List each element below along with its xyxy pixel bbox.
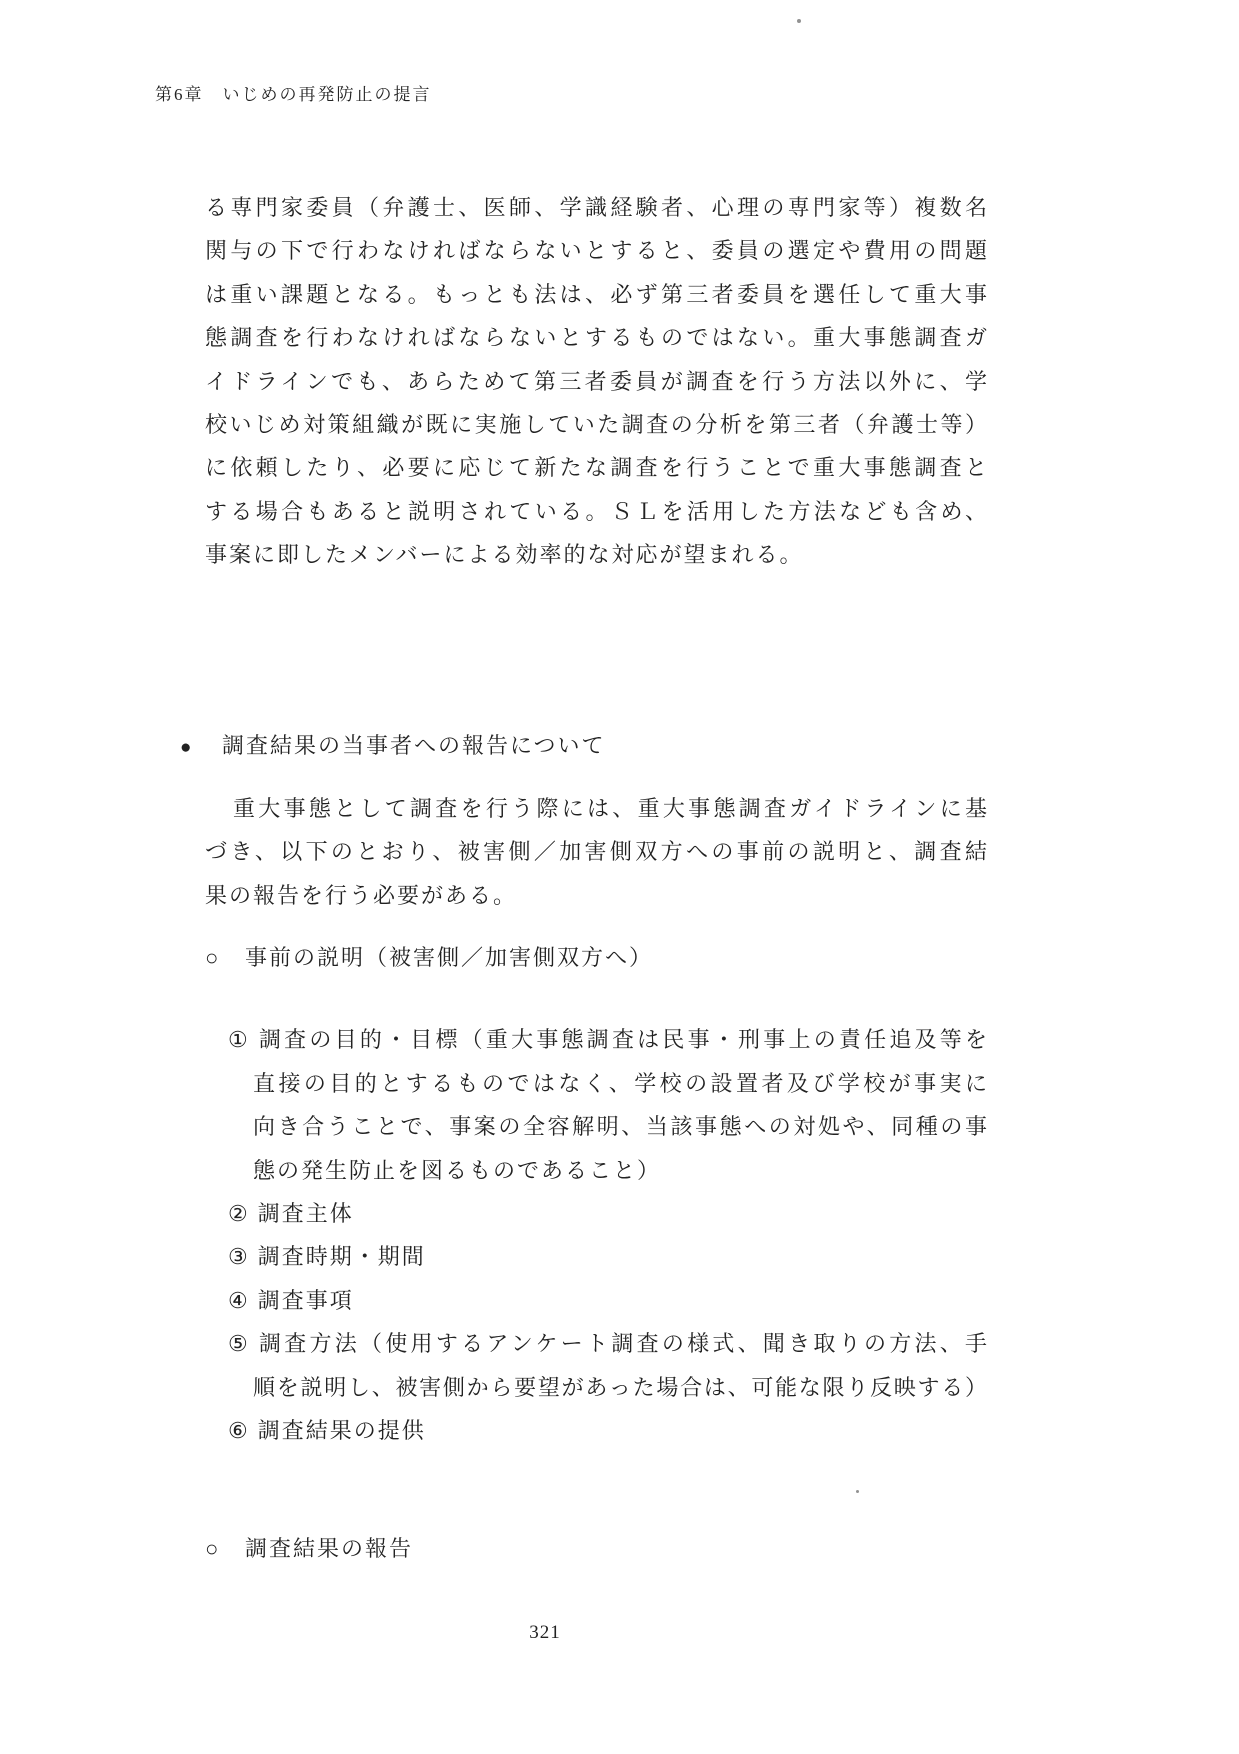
list-item-line: ④調査事項 [228,1279,987,1322]
item-number-icon: ⑥ [228,1418,250,1443]
list-item: ⑤調査方法（使用するアンケート調査の様式、聞き取りの方法、手 順を説明し、被害側… [228,1322,987,1409]
body-line: 態調査を行わなければならないとするものではない。重大事態調査ガ [205,316,987,359]
list-item-line: 順を説明し、被害側から要望があった場合は、可能な限り反映する） [253,1366,987,1409]
paragraph-1: る専門家委員（弁護士、医師、学識経験者、心理の専門家等）複数名 関与の下で行わな… [205,186,987,577]
body-line: する場合もあると説明されている。ＳＬを活用した方法なども含め、 [205,490,987,533]
list-item: ①調査の目的・目標（重大事態調査は民事・刑事上の責任追及等を 直接の目的とするも… [228,1018,987,1192]
list-item-text: 調査の目的・目標（重大事態調査は民事・刑事上の責任追及等を [259,1027,987,1052]
item-number-icon: ④ [228,1288,250,1313]
page-number: 321 [205,1622,885,1644]
list-item-text: 調査事項 [258,1288,354,1313]
body-line: は重い課題となる。もっとも法は、必ず第三者委員を選任して重大事 [205,273,987,316]
list-item-text: 調査主体 [258,1201,354,1226]
list-item: ④調査事項 [228,1279,987,1322]
circle-icon: ○ [205,1527,245,1570]
list-item: ⑥調査結果の提供 [228,1409,987,1452]
bullet-icon: ● [180,726,222,769]
list-item-line: 態の発生防止を図るものであること） [253,1149,987,1192]
list-item-line: 向き合うことで、事案の全容解明、当該事態への対処や、同種の事 [253,1105,987,1148]
list-item-line: ①調査の目的・目標（重大事態調査は民事・刑事上の責任追及等を [228,1018,987,1061]
circle-icon: ○ [205,936,245,979]
bullet-heading: ●調査結果の当事者への報告について [180,724,987,767]
body-line: 事案に即したメンバーによる効率的な対応が望まれる。 [205,533,987,576]
list-item-line: ⑥調査結果の提供 [228,1409,987,1452]
item-number-icon: ⑤ [228,1331,251,1356]
circle-heading-label: 事前の説明（被害側／加害側双方へ） [245,945,653,970]
list-item-line: ②調査主体 [228,1192,987,1235]
item-number-icon: ② [228,1201,250,1226]
body-line: づき、以下のとおり、被害側／加害側双方への事前の説明と、調査結 [205,830,987,873]
list-item: ③調査時期・期間 [228,1235,987,1278]
circle-heading-pre-explanation: ○事前の説明（被害側／加害側双方へ） [205,936,987,979]
paragraph-2: 重大事態として調査を行う際には、重大事態調査ガイドラインに基 づき、以下のとおり… [205,787,987,917]
scan-artifact-dot [797,19,801,23]
bullet-heading-label: 調査結果の当事者への報告について [222,733,606,758]
body-line: 校いじめ対策組織が既に実施していた調査の分析を第三者（弁護士等） [205,403,987,446]
list-item-text: 調査結果の提供 [258,1418,426,1443]
numbered-list: ①調査の目的・目標（重大事態調査は民事・刑事上の責任追及等を 直接の目的とするも… [228,1018,987,1452]
page-content: る専門家委員（弁護士、医師、学識経験者、心理の専門家等）複数名 関与の下で行わな… [205,186,987,1571]
body-line: 関与の下で行わなければならないとすると、委員の選定や費用の問題 [205,229,987,272]
body-line: 重大事態として調査を行う際には、重大事態調査ガイドラインに基 [205,787,987,830]
item-number-icon: ① [228,1027,251,1052]
list-item: ②調査主体 [228,1192,987,1235]
list-item-line: ③調査時期・期間 [228,1235,987,1278]
circle-heading-label: 調査結果の報告 [245,1536,413,1561]
item-number-icon: ③ [228,1244,250,1269]
chapter-header: 第6章 いじめの再発防止の提言 [155,80,432,105]
list-item-line: ⑤調査方法（使用するアンケート調査の様式、聞き取りの方法、手 [228,1322,987,1365]
list-item-text: 調査時期・期間 [258,1244,426,1269]
circle-heading-result-report: ○調査結果の報告 [205,1527,987,1570]
body-line: に依頼したり、必要に応じて新たな調査を行うことで重大事態調査と [205,446,987,489]
list-item-text: 調査方法（使用するアンケート調査の様式、聞き取りの方法、手 [259,1331,987,1356]
document-page: 第6章 いじめの再発防止の提言 る専門家委員（弁護士、医師、学識経験者、心理の専… [0,0,1239,1754]
body-line: イドラインでも、あらためて第三者委員が調査を行う方法以外に、学 [205,360,987,403]
list-item-line: 直接の目的とするものではなく、学校の設置者及び学校が事実に [253,1062,987,1105]
body-line: る専門家委員（弁護士、医師、学識経験者、心理の専門家等）複数名 [205,186,987,229]
body-line: 果の報告を行う必要がある。 [205,874,987,917]
